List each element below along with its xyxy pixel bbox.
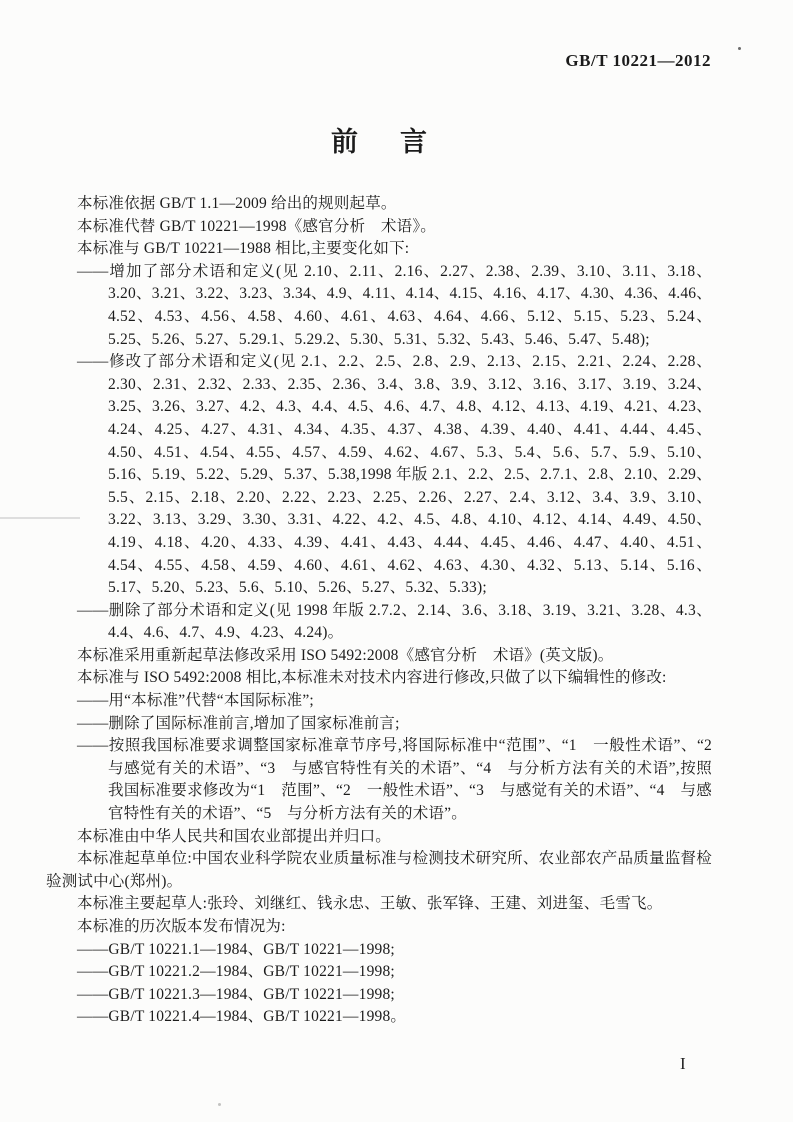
list-item: ——增加了部分术语和定义(见 2.10、2.11、2.16、2.27、2.38、…: [46, 261, 712, 351]
list-item: ——删除了部分术语和定义(见 1998 年版 2.7.2、2.14、3.6、3.…: [46, 600, 712, 645]
paragraph: 本标准代替 GB/T 10221—1998《感官分析 术语》。: [46, 216, 712, 239]
paragraph: 本标准采用重新起草法修改采用 ISO 5492:2008《感官分析 术语》(英文…: [46, 645, 712, 668]
list-item: ——GB/T 10221.3—1984、GB/T 10221—1998;: [46, 984, 712, 1007]
list-item: ——按照我国标准要求调整国家标准章节序号,将国际标准中“范围”、“1 一般性术语…: [46, 735, 712, 825]
foreword-title: 前 言: [46, 126, 712, 158]
list-item: ——GB/T 10221.4—1984、GB/T 10221—1998。: [46, 1006, 712, 1029]
scan-artifact-dot: [218, 1103, 221, 1106]
scan-artifact-streak: [0, 517, 80, 519]
list-item: ——GB/T 10221.1—1984、GB/T 10221—1998;: [46, 939, 712, 962]
list-item: ——用“本标准”代替“本国际标准”;: [46, 690, 712, 713]
list-item: ——GB/T 10221.2—1984、GB/T 10221—1998;: [46, 961, 712, 984]
foreword-body: 本标准依据 GB/T 1.1—2009 给出的规则起草。本标准代替 GB/T 1…: [46, 193, 712, 1029]
paragraph: 本标准依据 GB/T 1.1—2009 给出的规则起草。: [46, 193, 712, 216]
list-item: ——修改了部分术语和定义(见 2.1、2.2、2.5、2.8、2.9、2.13、…: [46, 351, 712, 600]
foreword-title-char-left: 前: [331, 126, 358, 158]
list-item: ——删除了国际标准前言,增加了国家标准前言;: [46, 713, 712, 736]
standard-code-header: GB/T 10221—2012: [565, 51, 711, 71]
paragraph: 本标准与 ISO 5492:2008 相比,本标准未对技术内容进行修改,只做了以…: [46, 667, 712, 690]
paragraph: 本标准起草单位:中国农业科学院农业质量标准与检测技术研究所、农业部农产品质量监督…: [46, 848, 712, 893]
scan-artifact-dot: [738, 47, 741, 50]
paragraph: 本标准的历次版本发布情况为:: [46, 916, 712, 939]
paragraph: 本标准与 GB/T 10221—1988 相比,主要变化如下:: [46, 238, 712, 261]
foreword-title-char-right: 言: [400, 126, 427, 158]
page-number: I: [680, 1054, 686, 1074]
scanned-standard-page: GB/T 10221—2012 前 言 本标准依据 GB/T 1.1—2009 …: [0, 0, 793, 1122]
paragraph: 本标准由中华人民共和国农业部提出并归口。: [46, 826, 712, 849]
paragraph: 本标准主要起草人:张玲、刘继红、钱永忠、王敏、张军锋、王建、刘进玺、毛雪飞。: [46, 893, 712, 916]
